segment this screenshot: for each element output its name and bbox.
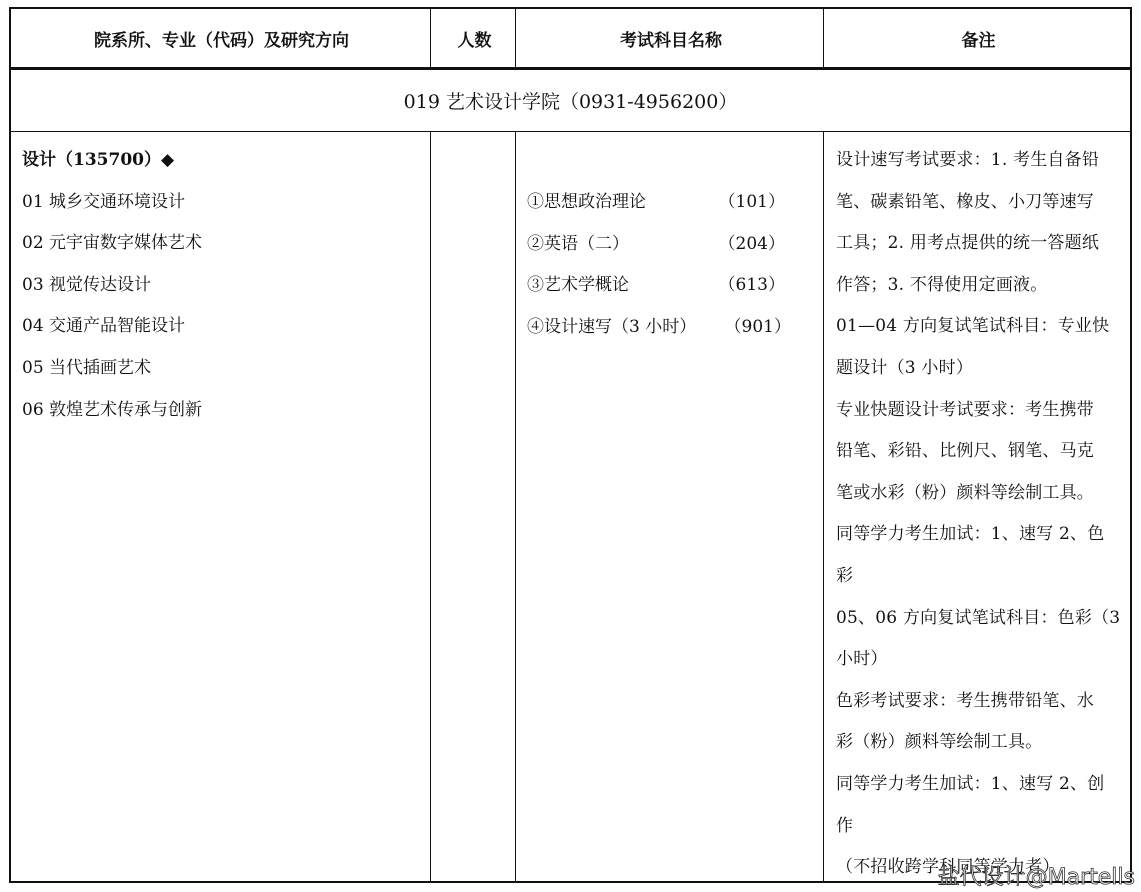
remark-line: 工具；2. 用考点提供的统一答题纸: [836, 223, 1132, 265]
watermark: 盐代设计@Martells: [938, 860, 1135, 891]
remark-line: 设计速写考试要求：1. 考生自备铅: [836, 140, 1132, 182]
direction-item: 04 交通产品智能设计: [22, 306, 432, 348]
enrollment-cell: [432, 132, 517, 881]
remark-line: 同等学力考生加试：1、速写 2、创: [836, 764, 1132, 806]
subject-item: ③艺术学概论 （613）: [527, 265, 825, 307]
column-divider: [515, 9, 516, 67]
remark-line: 01—04 方向复试笔试科目：专业快: [836, 306, 1132, 348]
remark-line: 彩（粉）颜料等绘制工具。: [836, 722, 1132, 764]
major-cell: 设计（135700）◆ 01 城乡交通环境设计 02 元宇宙数字媒体艺术 03 …: [11, 132, 432, 881]
direction-item: 02 元宇宙数字媒体艺术: [22, 223, 432, 265]
remark-line: 笔或水彩（粉）颜料等绘制工具。: [836, 473, 1132, 515]
remark-line: 专业快题设计考试要求：考生携带: [836, 390, 1132, 432]
subjects-cell: ①思想政治理论 （101） ②英语（二） （204） ③艺术学概论 （613） …: [517, 132, 825, 881]
column-divider: [430, 9, 431, 67]
institute-row: 019 艺术设计学院（0931-4956200）: [11, 70, 1130, 132]
remark-line: 铅笔、彩铅、比例尺、钢笔、马克: [836, 431, 1132, 473]
remark-line: 同等学力考生加试：1、速写 2、色: [836, 514, 1132, 556]
subject-code: （613）: [719, 265, 785, 307]
remark-line: 05、06 方向复试笔试科目：色彩（3: [836, 598, 1132, 640]
header-exam-subjects: 考试科目名称: [517, 9, 825, 67]
subject-item: ④设计速写（3 小时） （901）: [527, 307, 825, 349]
remark-line: 小时）: [836, 639, 1132, 681]
remarks-cell: 设计速写考试要求：1. 考生自备铅 笔、碳素铅笔、橡皮、小刀等速写 工具；2. …: [825, 132, 1132, 881]
subject-item: ①思想政治理论 （101）: [527, 182, 825, 224]
table-header-row: 院系所、专业（代码）及研究方向 人数 考试科目名称 备注: [11, 9, 1130, 70]
direction-item: 01 城乡交通环境设计: [22, 182, 432, 224]
remark-line: 色彩考试要求：考生携带铅笔、水: [836, 681, 1132, 723]
direction-item: 03 视觉传达设计: [22, 265, 432, 307]
header-department: 院系所、专业（代码）及研究方向: [11, 9, 432, 67]
direction-item: 05 当代插画艺术: [22, 348, 432, 390]
subject-item: ②英语（二） （204）: [527, 224, 825, 266]
column-divider: [823, 9, 824, 67]
remark-line: 作答；3. 不得使用定画液。: [836, 265, 1132, 307]
subject-name: ②英语（二）: [527, 224, 629, 266]
subject-name: ①思想政治理论: [527, 182, 646, 224]
remark-line: 题设计（3 小时）: [836, 348, 1132, 390]
subject-code: （101）: [719, 182, 785, 224]
institute-name: 019 艺术设计学院（0931-4956200）: [404, 87, 738, 114]
header-enrollment: 人数: [432, 9, 517, 67]
major-title: 设计（135700）◆: [22, 140, 432, 182]
remark-line: 彩: [836, 556, 1132, 598]
remark-line: 笔、碳素铅笔、橡皮、小刀等速写: [836, 182, 1132, 224]
header-remarks: 备注: [825, 9, 1132, 67]
admissions-table: 院系所、专业（代码）及研究方向 人数 考试科目名称 备注 019 艺术设计学院（…: [9, 7, 1132, 883]
direction-item: 06 敦煌艺术传承与创新: [22, 390, 432, 432]
subject-code: （204）: [719, 224, 785, 266]
remark-line: 作: [836, 806, 1132, 848]
subject-code: （901）: [725, 307, 791, 349]
subject-name: ④设计速写（3 小时）: [527, 307, 696, 349]
subject-name: ③艺术学概论: [527, 265, 629, 307]
